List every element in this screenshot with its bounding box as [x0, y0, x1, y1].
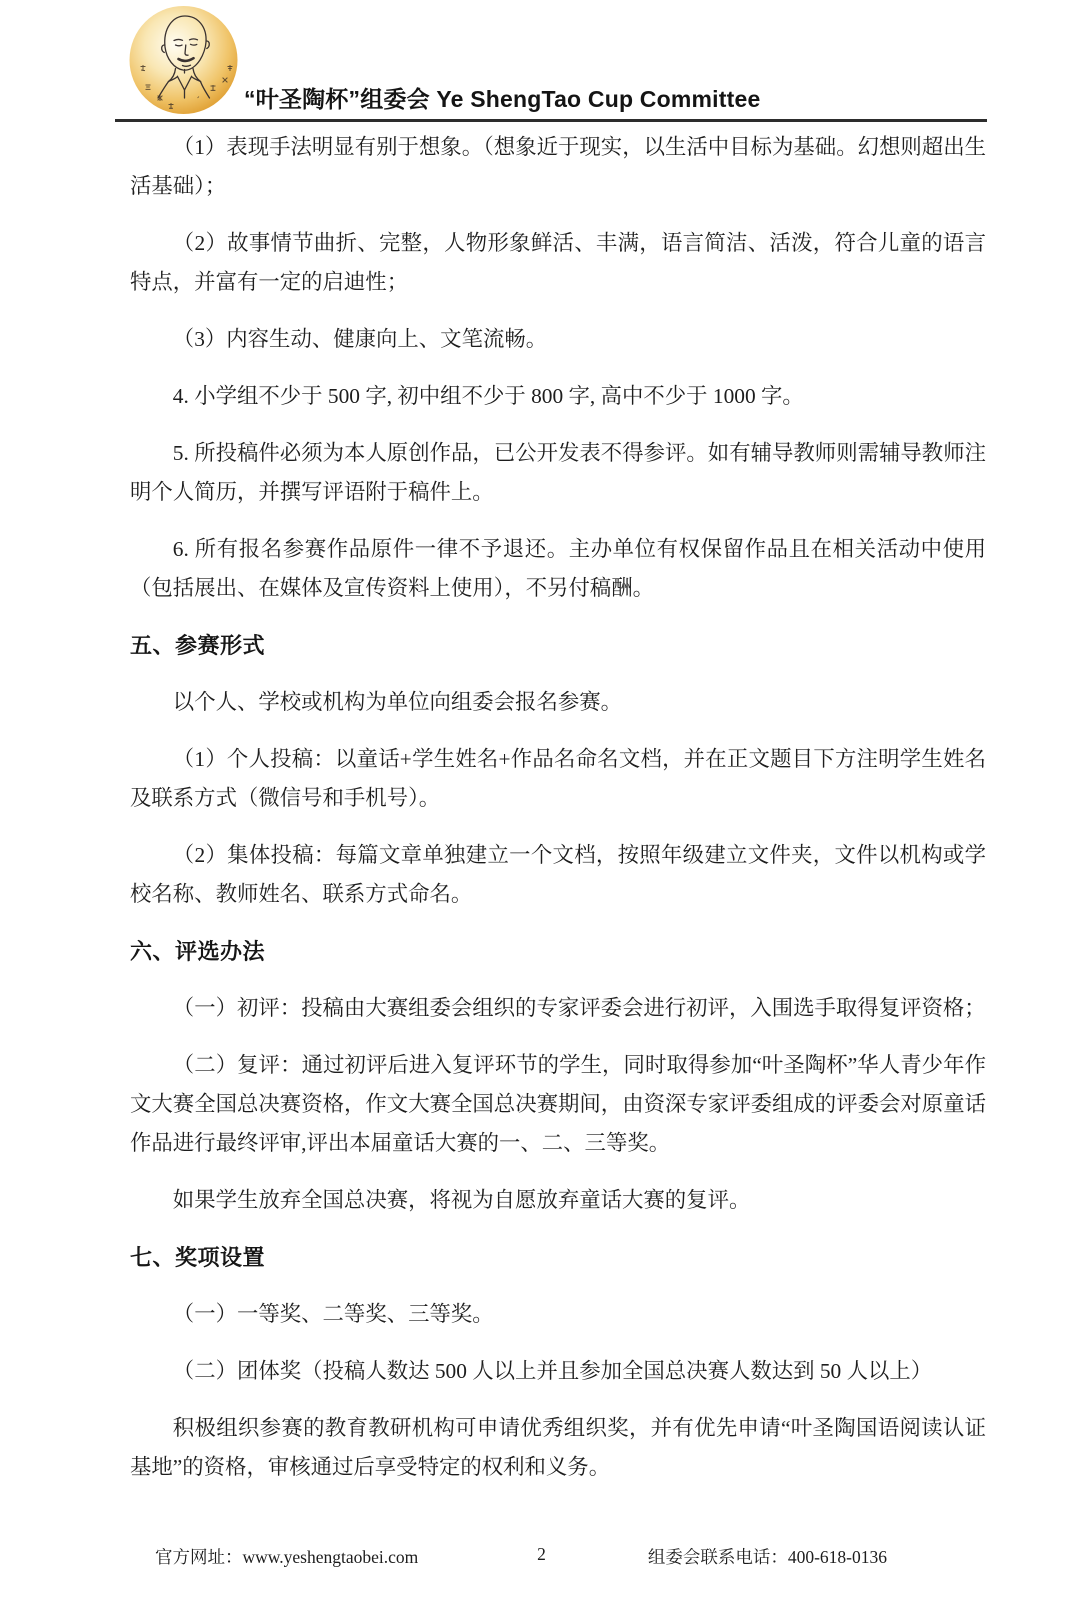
paragraph: （2）故事情节曲折、完整，人物形象鲜活、丰满，语言简洁、活泼，符合儿童的语言特点…	[130, 224, 986, 302]
paragraph: （1）个人投稿：以童话+学生姓名+作品名命名文档，并在正文题目下方注明学生姓名及…	[130, 740, 986, 818]
paragraph: （一）一等奖、二等奖、三等奖。	[130, 1295, 986, 1334]
committee-logo	[127, 5, 240, 116]
paragraph: （3）内容生动、健康向上、文笔流畅。	[130, 320, 986, 359]
section-heading: 五、参赛形式	[130, 626, 986, 665]
document-body: （1）表现手法明显有别于想象。（想象近于现实，以生活中目标为基础。幻想则超出生活…	[130, 110, 986, 1487]
paragraph: 6. 所有报名参赛作品原件一律不予退还。主办单位有权保留作品且在相关活动中使用（…	[130, 530, 986, 608]
paragraph: 如果学生放弃全国总决赛，将视为自愿放弃童话大赛的复评。	[130, 1181, 986, 1220]
section-heading: 七、奖项设置	[130, 1238, 986, 1277]
paragraph: （一）初评：投稿由大赛组委会组织的专家评委会进行初评，入围选手取得复评资格；	[130, 989, 986, 1028]
document-page: “叶圣陶杯”组委会 Ye ShengTao Cup Committee （1）表…	[0, 0, 1083, 1600]
footer-phone: 组委会联系电话：400-618-0136	[648, 1544, 887, 1569]
paragraph: 5. 所投稿件必须为本人原创作品，已公开发表不得参评。如有辅导教师则需辅导教师注…	[130, 434, 986, 512]
paragraph: （二）团体奖（投稿人数达 500 人以上并且参加全国总决赛人数达到 50 人以上…	[130, 1352, 986, 1391]
paragraph: （1）表现手法明显有别于想象。（想象近于现实，以生活中目标为基础。幻想则超出生活…	[130, 128, 986, 206]
paragraph: （二）复评：通过初评后进入复评环节的学生，同时取得参加“叶圣陶杯”华人青少年作文…	[130, 1046, 986, 1163]
page-number: 2	[0, 1544, 1083, 1565]
paragraph: （2）集体投稿：每篇文章单独建立一个文档，按照年级建立文件夹，文件以机构或学校名…	[130, 836, 986, 914]
paragraph: 以个人、学校或机构为单位向组委会报名参赛。	[130, 683, 986, 722]
paragraph: 积极组织参赛的教育教研机构可申请优秀组织奖，并有优先申请“叶圣陶国语阅读认证基地…	[130, 1409, 986, 1487]
section-heading: 六、评选办法	[130, 932, 986, 971]
paragraph: 4. 小学组不少于 500 字, 初中组不少于 800 字, 高中不少于 100…	[130, 377, 986, 416]
yeshengtao-portrait-icon	[127, 5, 240, 116]
page-footer: 官方网址：www.yeshengtaobei.com 2 组委会联系电话：400…	[0, 1544, 1083, 1574]
